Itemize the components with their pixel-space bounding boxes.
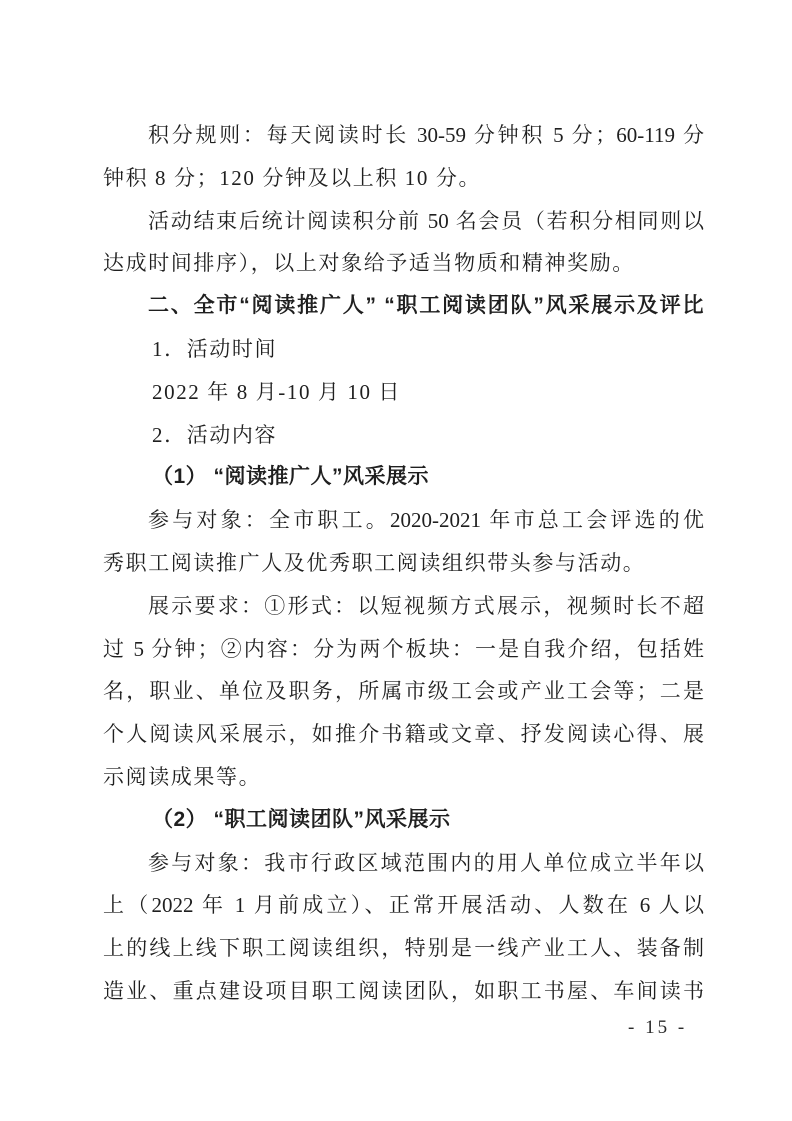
page-number: - 15 - bbox=[628, 1017, 687, 1039]
body-line: 钟积 8 分；120 分钟及以上积 10 分。 bbox=[103, 157, 704, 200]
list-item-number: 2．活动内容 bbox=[103, 414, 704, 457]
section-heading: 二、全市“阅读推广人” “职工阅读团队”风采展示及评比 bbox=[103, 285, 704, 328]
document-page: 积分规则：每天阅读时长 30-59 分钟积 5 分；60-119 分 钟积 8 … bbox=[0, 0, 792, 1121]
body-line: 参与对象：我市行政区域范围内的用人单位成立半年以 bbox=[103, 842, 704, 885]
body-line: 活动结束后统计阅读积分前 50 名会员（若积分相同则以 bbox=[103, 200, 704, 243]
body-line: 上（2022 年 1 月前成立）、正常开展活动、人数在 6 人以 bbox=[103, 884, 704, 927]
body-line: 秀职工阅读推广人及优秀职工阅读组织带头参与活动。 bbox=[103, 542, 704, 585]
body-line: 过 5 分钟；②内容：分为两个板块：一是自我介绍，包括姓 bbox=[103, 628, 704, 671]
body-line: 造业、重点建设项目职工阅读团队，如职工书屋、车间读书 bbox=[103, 970, 704, 1013]
list-item-number: 1．活动时间 bbox=[103, 328, 704, 371]
date-line: 2022 年 8 月-10 月 10 日 bbox=[103, 371, 704, 414]
text-block: 积分规则：每天阅读时长 30-59 分钟积 5 分；60-119 分 钟积 8 … bbox=[103, 114, 704, 1013]
body-line: 积分规则：每天阅读时长 30-59 分钟积 5 分；60-119 分 bbox=[103, 114, 704, 157]
subsection-heading: （2） “职工阅读团队”风采展示 bbox=[103, 799, 704, 842]
body-line: 个人阅读风采展示，如推介书籍或文章、抒发阅读心得、展 bbox=[103, 713, 704, 756]
body-line: 展示要求：①形式：以短视频方式展示，视频时长不超 bbox=[103, 585, 704, 628]
body-line: 名，职业、单位及职务，所属市级工会或产业工会等；二是 bbox=[103, 670, 704, 713]
body-line: 示阅读成果等。 bbox=[103, 756, 704, 799]
subsection-heading: （1） “阅读推广人”风采展示 bbox=[103, 456, 704, 499]
body-line: 参与对象：全市职工。2020-2021 年市总工会评选的优 bbox=[103, 499, 704, 542]
body-line: 达成时间排序），以上对象给予适当物质和精神奖励。 bbox=[103, 242, 704, 285]
body-line: 上的线上线下职工阅读组织，特别是一线产业工人、装备制 bbox=[103, 927, 704, 970]
